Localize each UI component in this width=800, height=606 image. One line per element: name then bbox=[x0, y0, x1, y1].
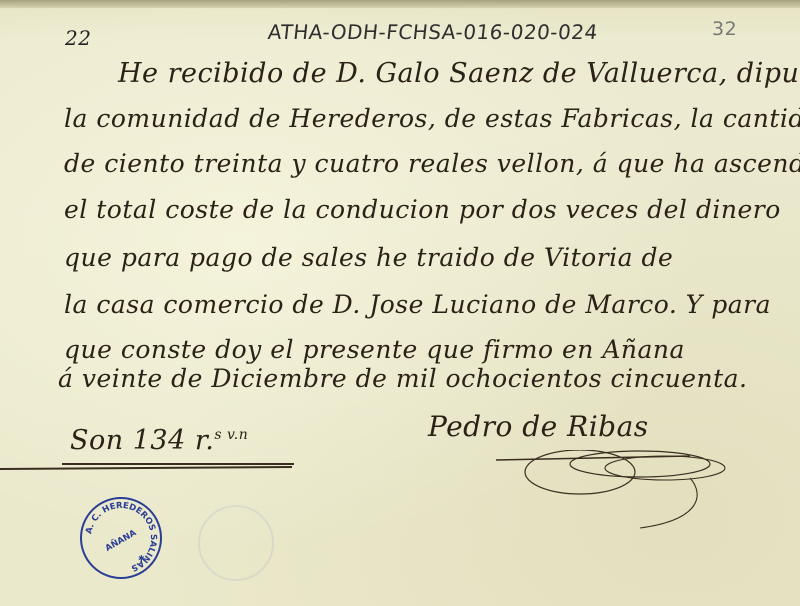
body-line-5: que para pago de sales he traido de Vito… bbox=[64, 243, 673, 272]
amount-superscript: s v.n bbox=[214, 427, 248, 443]
body-line-4: el total coste de la conducion por dos v… bbox=[64, 195, 781, 224]
folio-number-left: 22 bbox=[65, 26, 91, 50]
amount-underline-long bbox=[0, 466, 292, 470]
signature-rubric-flourish bbox=[490, 450, 750, 530]
svg-text:✱: ✱ bbox=[138, 554, 145, 563]
body-line-7: que conste doy el presente que firmo en … bbox=[64, 335, 685, 364]
body-line-2: la comunidad de Herederos, de estas Fabr… bbox=[64, 104, 800, 133]
document-page: 22 ATHA-ODH-FCHSA-016-020-024 32 He reci… bbox=[0, 0, 800, 606]
amount-label: Son 134 r. bbox=[70, 425, 214, 456]
stamp-seal-icon: A. C. HEREDEROS SALINAS AÑANA ✱ bbox=[80, 497, 162, 579]
archive-stamp: A. C. HEREDEROS SALINAS AÑANA ✱ bbox=[80, 497, 162, 579]
svg-text:AÑANA: AÑANA bbox=[103, 527, 138, 554]
folio-number-right: 32 bbox=[712, 18, 737, 40]
faded-stamp-bleedthrough bbox=[198, 505, 274, 581]
body-line-6: la casa comercio de D. Jose Luciano de M… bbox=[64, 290, 771, 319]
signature-name: Pedro de Ribas bbox=[428, 410, 649, 443]
body-line-1: He recibido de D. Galo Saenz de Valluerc… bbox=[118, 58, 800, 89]
page-edge-shadow bbox=[0, 0, 800, 8]
body-line-3: de ciento treinta y cuatro reales vellon… bbox=[64, 149, 800, 178]
archive-reference-code: ATHA-ODH-FCHSA-016-020-024 bbox=[267, 20, 599, 44]
amount-total: Son 134 r.s v.n bbox=[70, 425, 248, 456]
body-line-8: á veinte de Diciembre de mil ochocientos… bbox=[58, 364, 748, 393]
amount-underline bbox=[62, 463, 294, 465]
